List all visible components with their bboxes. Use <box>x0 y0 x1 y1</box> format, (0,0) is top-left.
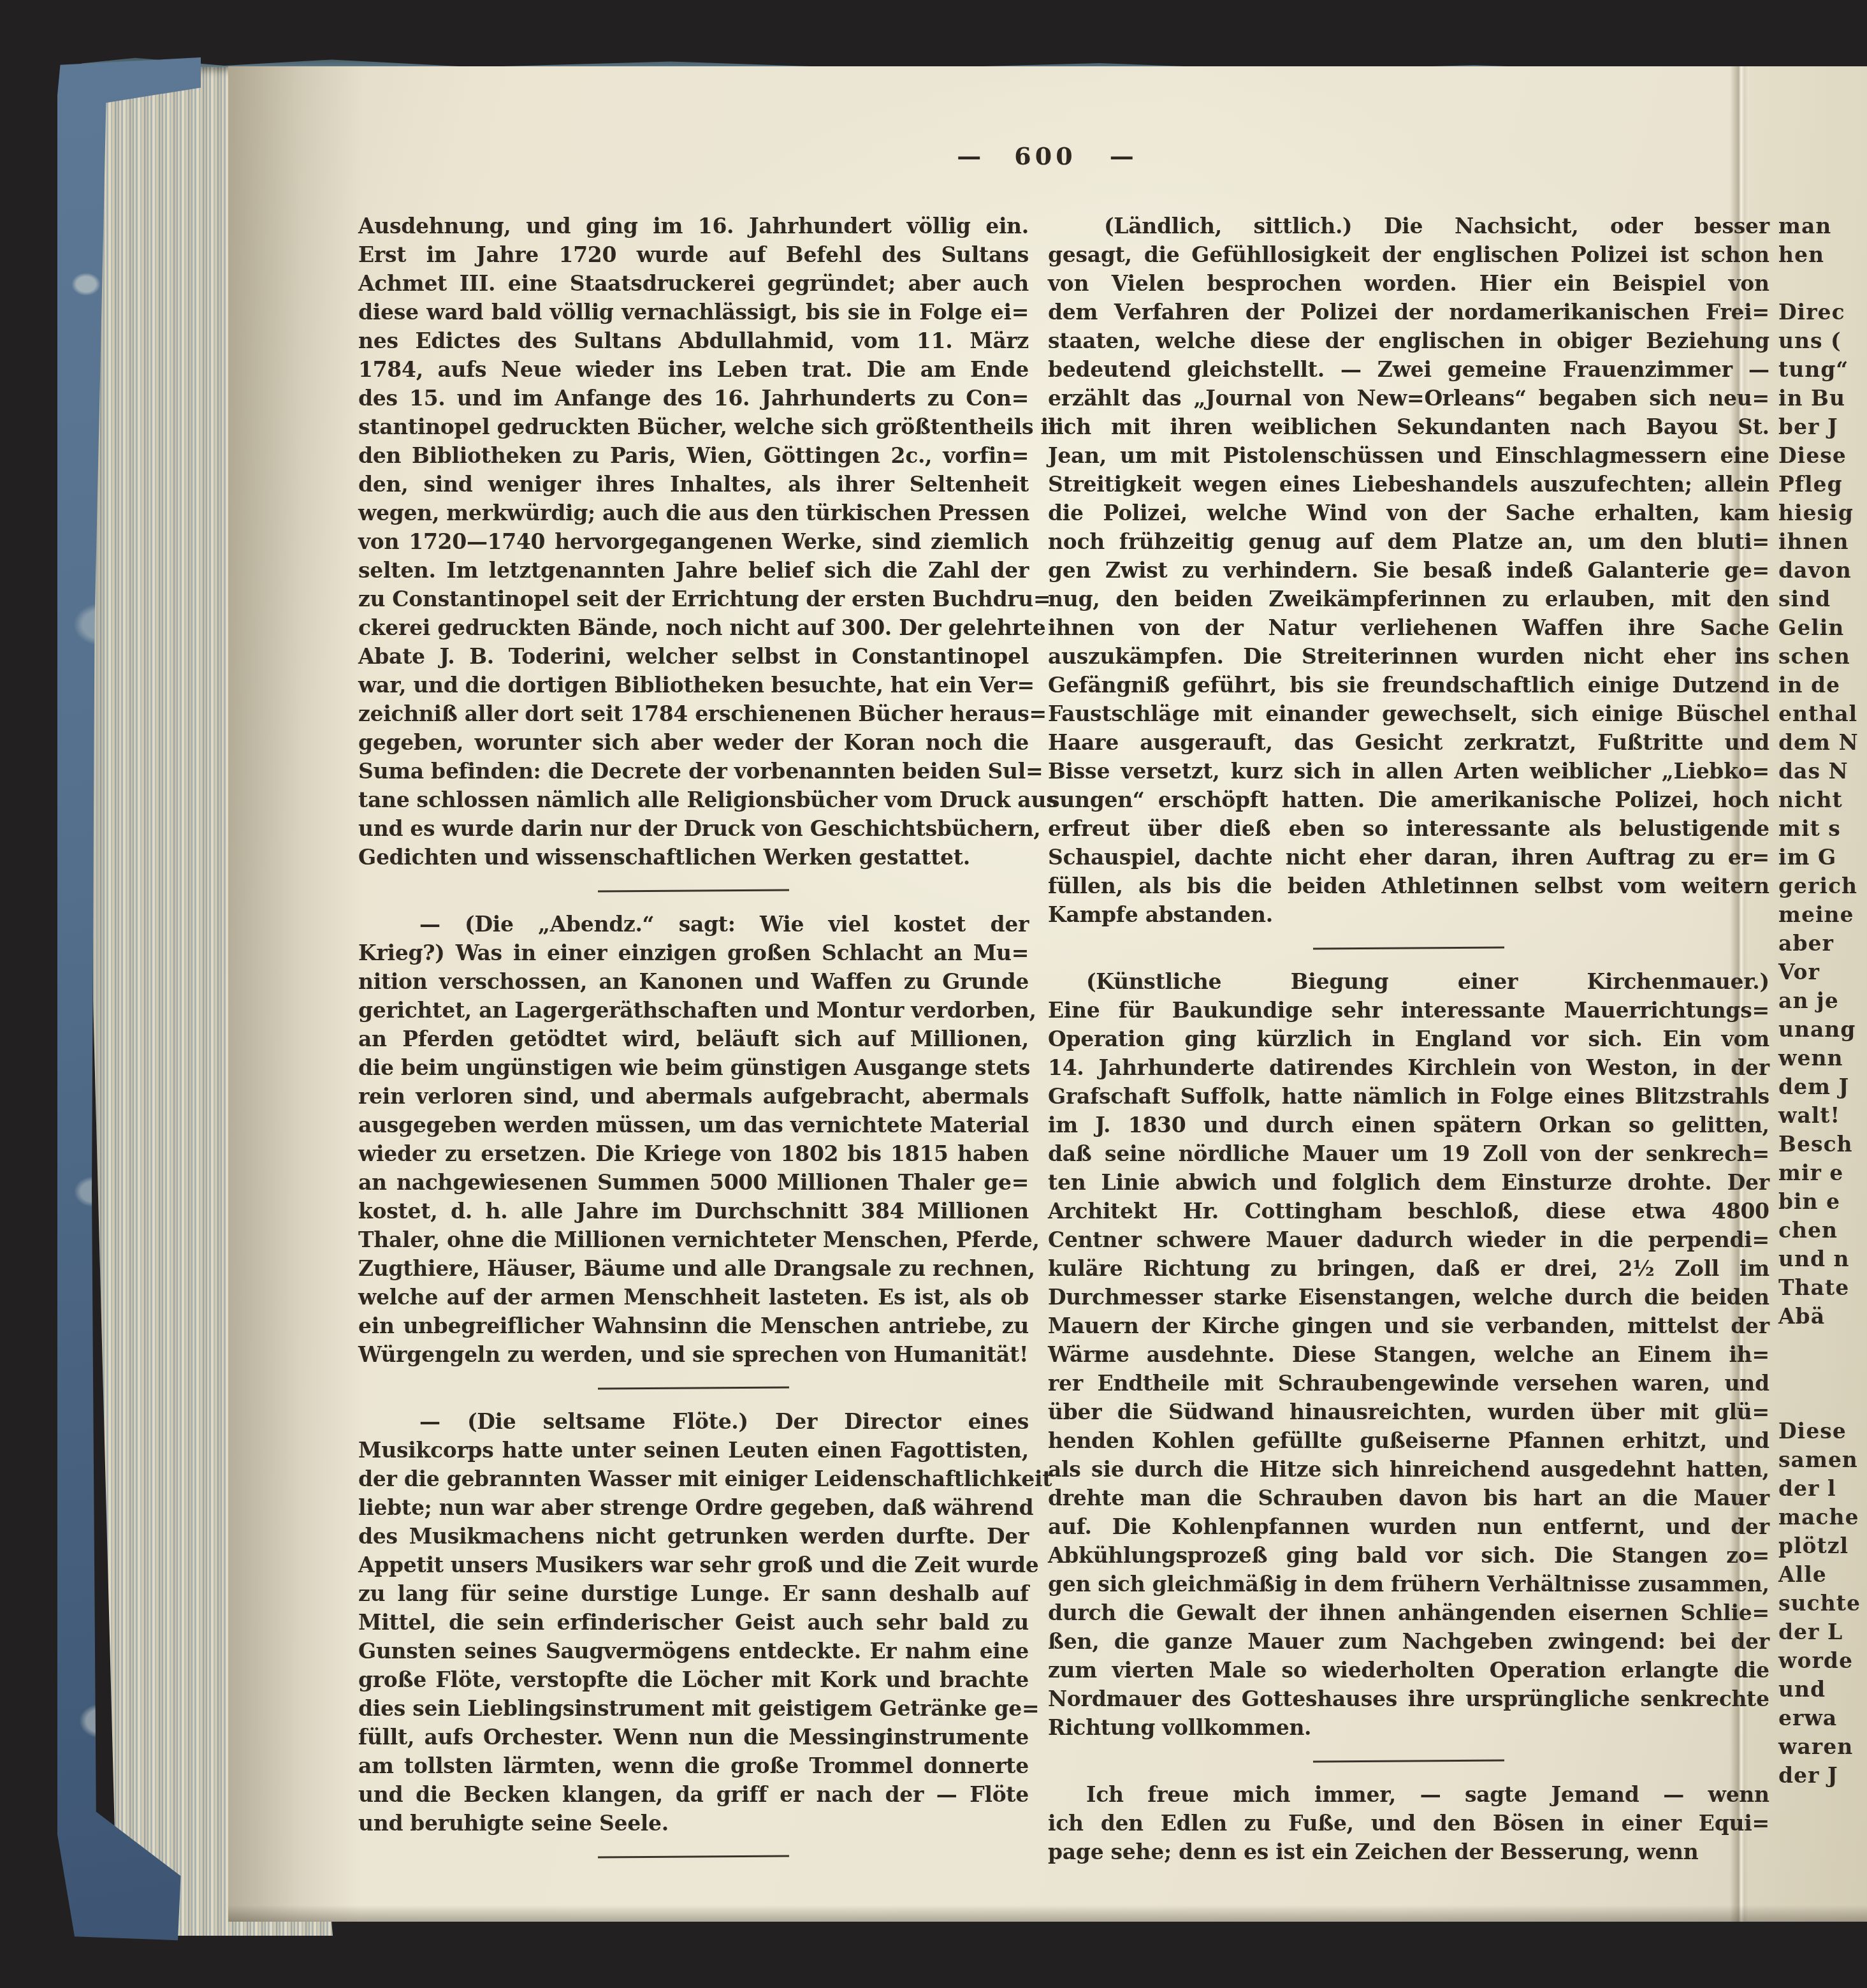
next-page-text-fragment <box>1778 1331 1867 1359</box>
next-page-text-fragment: ber J <box>1778 413 1867 441</box>
text-line: nug, den beiden Zweikämpferinnen zu erla… <box>1048 585 1769 613</box>
next-page-text-fragment: wenn <box>1778 1044 1867 1072</box>
text-line: dies sein Lieblingsinstrument mit geisti… <box>358 1694 1029 1723</box>
text-line: kuläre Richtung zu bringen, daß er drei,… <box>1048 1254 1769 1283</box>
text-line: stantinopel gedruckten Bücher, welche si… <box>358 413 1029 441</box>
text-line: ich den Edlen zu Fuße, und den Bösen in … <box>1048 1809 1769 1838</box>
text-line: Krieg?) Was in einer einzigen großen Sch… <box>358 939 1029 967</box>
next-page-text-fragment: sind <box>1778 585 1867 613</box>
next-page-text-fragment: Besch <box>1778 1130 1867 1158</box>
next-page-text-fragment: erwa <box>1778 1704 1867 1732</box>
next-page-text-fragment: Gelin <box>1778 613 1867 642</box>
text-line: Mittel, die sein erfinderischer Geist au… <box>358 1608 1029 1637</box>
text-line: selten. Im letztgenannten Jahre belief s… <box>358 556 1029 585</box>
text-line: die beim ungünstigen wie beim günstigen … <box>358 1053 1029 1082</box>
text-line: und es wurde darin nur der Druck von Ges… <box>358 814 1029 843</box>
text-line: Zugthiere, Häuser, Bäume und alle Drangs… <box>358 1254 1029 1283</box>
text-line: ckerei gedruckten Bände, noch nicht auf … <box>358 613 1029 642</box>
text-line: wieder zu ersetzen. Die Kriege von 1802 … <box>358 1139 1029 1168</box>
text-line: dem Verfahren der Polizei der nordamerik… <box>1048 298 1769 326</box>
column-right: (Ländlich, sittlich.) Die Nachsicht, ode… <box>1048 212 1769 1866</box>
text-line: an nachgewiesenen Summen 5000 Millionen … <box>358 1168 1029 1197</box>
scanned-book-page-photo: —600— Ausdehnung, und ging im 16. Jahrhu… <box>0 0 1867 1988</box>
text-line: staaten, welche diese der englischen in … <box>1048 326 1769 355</box>
text-line: von 1720—1740 hervorgegangenen Werke, si… <box>358 527 1029 556</box>
next-page-text-fragment: und n <box>1778 1245 1867 1273</box>
page-number: —600— <box>957 142 1133 170</box>
next-page-text-fragment: dem N <box>1778 728 1867 757</box>
next-page-text-fragment: waren <box>1778 1732 1867 1761</box>
next-page-text-fragment: mir e <box>1778 1158 1867 1187</box>
text-line: Gedichten und wissenschaftlichen Werken … <box>358 843 1029 872</box>
text-line: Grafschaft Suffolk, hatte nämlich in Fol… <box>1048 1082 1769 1111</box>
next-page-text-fragment: der l <box>1778 1474 1867 1503</box>
paragraph-separator-rule <box>1048 1742 1769 1780</box>
text-line: zeichniß aller dort seit 1784 erschienen… <box>358 699 1029 728</box>
text-line: bedeutend gleichstellt. — Zwei gemeine F… <box>1048 355 1769 384</box>
text-line: den, sind weniger ihres Inhaltes, als ih… <box>358 470 1029 499</box>
text-line: henden Kohlen gefüllte gußeiserne Pfanne… <box>1048 1426 1769 1455</box>
text-line: Thaler, ohne die Millionen vernichteter … <box>358 1225 1029 1254</box>
page-number-right-dash: — <box>1110 142 1134 170</box>
next-page-text-fragment: Direc <box>1778 298 1867 326</box>
text-line: Gefängniß geführt, bis sie freundschaftl… <box>1048 671 1769 699</box>
text-line: zu lang für seine durstige Lunge. Er san… <box>358 1579 1029 1608</box>
text-line: Gunsten seines Saugvermögens entdeckte. … <box>358 1637 1029 1665</box>
next-page-text-fragment <box>1778 1359 1867 1388</box>
text-line: Architekt Hr. Cottingham beschloß, diese… <box>1048 1197 1769 1225</box>
next-page-text-fragment: gerich <box>1778 872 1867 900</box>
text-line: kostet, d. h. alle Jahre im Durchschnitt… <box>358 1197 1029 1225</box>
text-line: auf. Die Kohlenpfannen wurden nun entfer… <box>1048 1512 1769 1541</box>
text-line: ausgegeben werden müssen, um das vernich… <box>358 1111 1029 1139</box>
text-line: gegeben, worunter sich aber weder der Ko… <box>358 728 1029 757</box>
next-page-text-fragment: der J <box>1778 1761 1867 1790</box>
next-page-text-fragment: in de <box>1778 671 1867 699</box>
text-line: page sehe; denn es ist ein Zeichen der B… <box>1048 1838 1769 1866</box>
text-line: Appetit unsers Musikers war sehr groß un… <box>358 1551 1029 1579</box>
text-line: und beruhigte seine Seele. <box>358 1809 1029 1838</box>
text-line: Suma befinden: die Decrete der vorbenann… <box>358 757 1029 786</box>
next-page-text-fragment: der L <box>1778 1618 1867 1646</box>
text-line: Centner schwere Mauer dadurch wieder in … <box>1048 1225 1769 1254</box>
paragraph-separator-rule <box>358 872 1029 910</box>
next-page-text-fragment: bin e <box>1778 1187 1867 1216</box>
text-line: — (Die seltsame Flöte.) Der Director ein… <box>358 1407 1029 1436</box>
text-line: Abate J. B. Toderini, welcher selbst in … <box>358 642 1029 671</box>
next-page-text-fragment: das N <box>1778 757 1867 786</box>
text-line: gen Zwist zu verhindern. Sie besaß indeß… <box>1048 556 1769 585</box>
next-page-text-fragment: worde <box>1778 1646 1867 1675</box>
text-line: gen sich gleichmäßig in dem frühern Verh… <box>1048 1570 1769 1598</box>
text-line: rein verloren sind, und abermals aufgebr… <box>358 1082 1029 1111</box>
text-line: liebte; nun war aber strenge Ordre gegeb… <box>358 1493 1029 1522</box>
next-page-text-fragment: Alle <box>1778 1560 1867 1589</box>
text-line: Faustschläge mit einander gewechselt, si… <box>1048 699 1769 728</box>
text-line: Ich freue mich immer, — sagte Jemand — w… <box>1048 1780 1769 1809</box>
text-line: des 15. und im Anfange des 16. Jahrhunde… <box>358 384 1029 413</box>
text-line: diese ward bald völlig vernachlässigt, b… <box>358 298 1029 326</box>
text-line: Würgengeln zu werden, und sie sprechen v… <box>358 1340 1029 1369</box>
next-page-text-fragment: aber <box>1778 929 1867 958</box>
text-line: rer Endtheile mit Schraubengewinde verse… <box>1048 1369 1769 1398</box>
next-page-text-fragment: mit s <box>1778 814 1867 843</box>
text-line: Mauern der Kirche gingen und sie verband… <box>1048 1312 1769 1340</box>
text-line: sungen“ erschöpft hatten. Die amerikanis… <box>1048 786 1769 814</box>
text-line: Nordmauer des Gotteshauses ihre ursprüng… <box>1048 1685 1769 1713</box>
text-line: und die Becken klangen, da griff er nach… <box>358 1780 1029 1809</box>
next-page-text-fragment: und <box>1778 1675 1867 1704</box>
text-line: Ausdehnung, und ging im 16. Jahrhundert … <box>358 212 1029 240</box>
text-line: gerichtet, an Lagergeräthschaften und Mo… <box>358 996 1029 1025</box>
paragraph-separator-rule <box>358 1369 1029 1407</box>
text-line: noch frühzeitig genug auf dem Platze an,… <box>1048 527 1769 556</box>
text-line: füllen, als bis die beiden Athletinnen s… <box>1048 872 1769 900</box>
text-line: ein unbegreiflicher Wahnsinn die Mensche… <box>358 1312 1029 1340</box>
next-page-text-fragment: suchte <box>1778 1589 1867 1618</box>
next-page-text-fragment: mache <box>1778 1503 1867 1531</box>
text-line: Jean, um mit Pistolenschüssen und Einsch… <box>1048 441 1769 470</box>
text-line: im J. 1830 und durch einen spätern Orkan… <box>1048 1111 1769 1139</box>
text-line: Wärme ausdehnte. Diese Stangen, welche a… <box>1048 1340 1769 1369</box>
next-page-text-fragment: nicht <box>1778 786 1867 814</box>
text-line: des Musikmachens nicht getrunken werden … <box>358 1522 1029 1551</box>
text-line: Achmet III. eine Staatsdruckerei gegründ… <box>358 269 1029 298</box>
text-line: Erst im Jahre 1720 wurde auf Befehl des … <box>358 240 1029 269</box>
text-columns: Ausdehnung, und ging im 16. Jahrhundert … <box>358 212 1738 1876</box>
next-page-text-fragment <box>1778 269 1867 298</box>
text-line: (Ländlich, sittlich.) Die Nachsicht, ode… <box>1048 212 1769 240</box>
paragraph-separator-rule <box>1048 929 1769 967</box>
text-line: Streitigkeit wegen eines Liebeshandels a… <box>1048 470 1769 499</box>
next-page-text-fragment: Vor <box>1778 958 1867 986</box>
next-page-text-fragment: hen <box>1778 240 1867 269</box>
next-page-text-fragment: Thate <box>1778 1273 1867 1302</box>
text-line: war, und die dortigen Bibliotheken besuc… <box>358 671 1029 699</box>
text-line: 1784, aufs Neue wieder ins Leben trat. D… <box>358 355 1029 384</box>
text-line: am tollsten lärmten, wenn die große Trom… <box>358 1751 1029 1780</box>
next-page-text-fragment: im G <box>1778 843 1867 872</box>
text-line: an Pferden getödtet wird, beläuft sich a… <box>358 1025 1029 1053</box>
next-page-text-fragment: ihnen <box>1778 527 1867 556</box>
next-page-text-fragment: in Bu <box>1778 384 1867 413</box>
column-left: Ausdehnung, und ging im 16. Jahrhundert … <box>358 212 1029 1876</box>
text-line: Musikcorps hatte unter seinen Leuten ein… <box>358 1436 1029 1465</box>
text-line: die Polizei, welche Wind von der Sache e… <box>1048 499 1769 527</box>
next-page-text-fragment: man <box>1778 212 1867 240</box>
next-page-text-fragment: enthal <box>1778 699 1867 728</box>
text-line: als sie durch die Hitze sich hinreichend… <box>1048 1455 1769 1484</box>
text-line: gesagt, die Gefühllosigkeit der englisch… <box>1048 240 1769 269</box>
page-number-value: 600 <box>1014 142 1076 170</box>
text-line: welche auf der armen Menschheit lasteten… <box>358 1283 1029 1312</box>
next-page-text-fragment: uns ( <box>1778 326 1867 355</box>
text-line: erfreut über dieß eben so interessante a… <box>1048 814 1769 843</box>
text-line: lich mit ihren weiblichen Sekundanten na… <box>1048 413 1769 441</box>
next-page-text-fragment: davon <box>1778 556 1867 585</box>
next-page-text-fragment: Pfleg <box>1778 470 1867 499</box>
text-line: 14. Jahrhunderte datirendes Kirchlein vo… <box>1048 1053 1769 1082</box>
text-line: Abkühlungsprozeß ging bald vor sich. Die… <box>1048 1541 1769 1570</box>
text-line: Kampfe abstanden. <box>1048 900 1769 929</box>
text-line: tane schlossen nämlich alle Religionsbüc… <box>358 786 1029 814</box>
next-page-text-fragment <box>1778 1388 1867 1417</box>
text-line: große Flöte, verstopfte die Löcher mit K… <box>358 1665 1029 1694</box>
next-page-text-fragment: Diese <box>1778 441 1867 470</box>
text-line: drehte man die Schrauben davon bis hart … <box>1048 1484 1769 1512</box>
text-line: den Bibliotheken zu Paris, Wien, Götting… <box>358 441 1029 470</box>
text-line: auszukämpfen. Die Streiterinnen wurden n… <box>1048 642 1769 671</box>
text-line: Richtung vollkommen. <box>1048 1713 1769 1742</box>
text-line: Haare ausgerauft, das Gesicht zerkratzt,… <box>1048 728 1769 757</box>
text-line: wegen, merkwürdig; auch die aus den türk… <box>358 499 1029 527</box>
text-line: erzählt das „Journal von New=Orleans“ be… <box>1048 384 1769 413</box>
text-line: Bisse versetzt, kurz sich in allen Arten… <box>1048 757 1769 786</box>
next-page-text-fragment: Abä <box>1778 1302 1867 1331</box>
next-page-text-fragment: schen <box>1778 642 1867 671</box>
next-page-text-fragment: plötzl <box>1778 1531 1867 1560</box>
next-page-text-fragment: chen <box>1778 1216 1867 1245</box>
next-page-text-fragment: an je <box>1778 986 1867 1015</box>
next-page-text-fragment: unang <box>1778 1015 1867 1044</box>
text-line: zum vierten Male so wiederholten Operati… <box>1048 1656 1769 1685</box>
next-page-text-fragment: meine <box>1778 900 1867 929</box>
next-page-text-fragment: samen <box>1778 1445 1867 1474</box>
text-line: von Vielen besprochen worden. Hier ein B… <box>1048 269 1769 298</box>
text-line: nition verschossen, an Kanonen und Waffe… <box>358 967 1029 996</box>
text-line: Operation ging kürzlich in England vor s… <box>1048 1025 1769 1053</box>
next-page-text-fragment: tung“ <box>1778 355 1867 384</box>
text-line: durch die Gewalt der ihnen anhängenden e… <box>1048 1598 1769 1627</box>
next-page-text-fragment: dem J <box>1778 1072 1867 1101</box>
text-line: — (Die „Abendz.“ sagt: Wie viel kostet d… <box>358 910 1029 939</box>
next-page-text-fragment: Diese <box>1778 1417 1867 1445</box>
text-line: zu Constantinopel seit der Errichtung de… <box>358 585 1029 613</box>
text-line: Eine für Baukundige sehr interessante Ma… <box>1048 996 1769 1025</box>
text-line: ihnen von der Natur verliehenen Waffen i… <box>1048 613 1769 642</box>
text-line: der die gebrannten Wasser mit einiger Le… <box>358 1465 1029 1493</box>
text-line: ßen, die ganze Mauer zum Nachgeben zwing… <box>1048 1627 1769 1656</box>
paragraph-separator-rule <box>358 1838 1029 1876</box>
text-line: Schauspiel, dachte nicht eher daran, ihr… <box>1048 843 1769 872</box>
text-line: über die Südwand hinausreichten, wurden … <box>1048 1398 1769 1426</box>
text-line: ten Linie abwich und folglich dem Einstu… <box>1048 1168 1769 1197</box>
text-line: füllt, aufs Orchester. Wenn nun die Mess… <box>358 1723 1029 1751</box>
text-line: nes Edictes des Sultans Abdullahmid, vom… <box>358 326 1029 355</box>
page-number-left-dash: — <box>957 142 981 170</box>
next-page-text-fragment: hiesig <box>1778 499 1867 527</box>
text-line: daß seine nördliche Mauer um 19 Zoll von… <box>1048 1139 1769 1168</box>
text-line: Durchmesser starke Eisenstangen, welche … <box>1048 1283 1769 1312</box>
next-page-text-fragment: walt! <box>1778 1101 1867 1130</box>
text-line: (Künstliche Biegung einer Kirchenmauer.) <box>1048 967 1769 996</box>
next-page-text-edge: manhen Direcuns (tung“in Buber JDiesePfl… <box>1778 212 1867 1790</box>
